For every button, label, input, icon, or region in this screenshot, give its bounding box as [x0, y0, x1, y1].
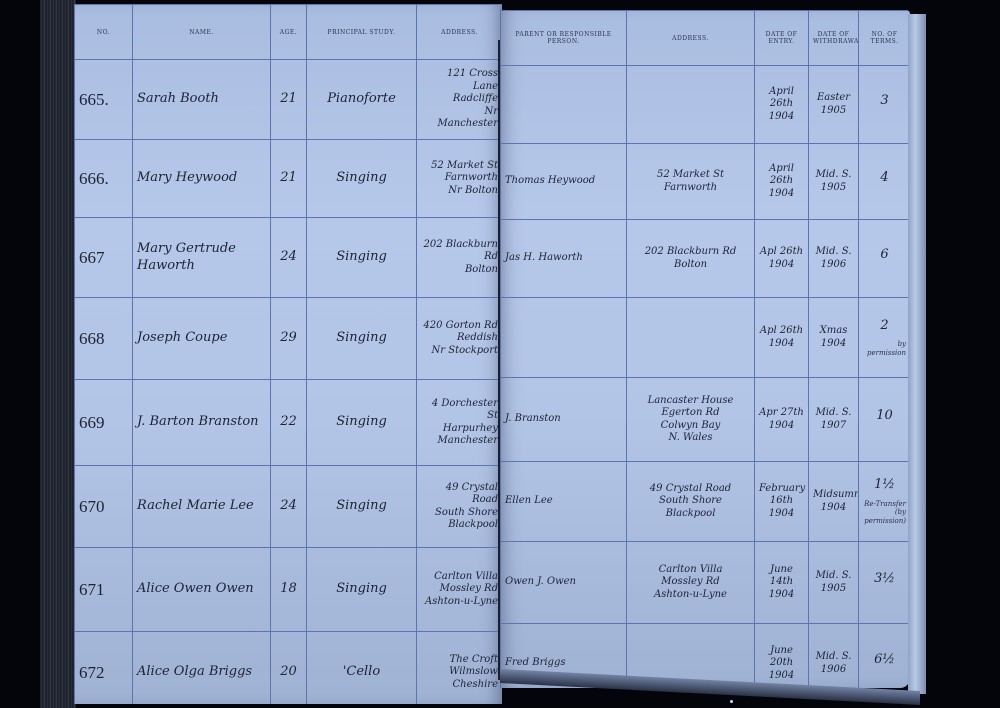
- header-address: Address.: [417, 5, 503, 60]
- date-of-entry: Apl 26th 1904: [755, 298, 809, 378]
- terms-value: 3½: [874, 571, 895, 586]
- number-of-terms: 6½: [859, 624, 911, 689]
- parent-name: Thomas Heywood: [501, 144, 627, 220]
- terms-value: 6: [880, 247, 888, 262]
- register-row: Ellen Lee49 Crystal Road South Shore Bla…: [501, 462, 911, 542]
- student-age: 21: [271, 60, 307, 140]
- entry-number: 672: [75, 632, 133, 705]
- date-of-entry: June 20th 1904: [755, 624, 809, 689]
- open-register-book: No. Name. Age. Principal Study. Address.…: [0, 0, 1000, 708]
- entry-number: 668: [75, 298, 133, 380]
- terms-note: by permission: [863, 340, 906, 358]
- register-row: Owen J. OwenCarlton Villa Mossley Rd Ash…: [501, 542, 911, 624]
- date-of-withdrawal: Mid. S. 1905: [809, 144, 859, 220]
- student-name: J. Barton Branston: [133, 380, 271, 466]
- parent-address: 52 Market St Farnworth: [627, 144, 755, 220]
- entry-number: 667: [75, 218, 133, 298]
- header-parent-address: Address.: [627, 11, 755, 66]
- date-of-entry: April 26th 1904: [755, 144, 809, 220]
- entry-number: 671: [75, 548, 133, 632]
- terms-value: 4: [880, 170, 888, 185]
- parent-name: J. Branston: [501, 378, 627, 462]
- parent-name: Ellen Lee: [501, 462, 627, 542]
- number-of-terms: 3: [859, 66, 911, 144]
- student-name: Sarah Booth: [133, 60, 271, 140]
- student-name: Alice Owen Owen: [133, 548, 271, 632]
- student-age: 29: [271, 298, 307, 380]
- left-register-table: No. Name. Age. Principal Study. Address.…: [74, 4, 502, 704]
- header-date-of-withdrawal: Date of Withdrawal.: [809, 11, 859, 66]
- terms-value: 10: [876, 408, 893, 423]
- parent-name: Jas H. Haworth: [501, 220, 627, 298]
- principal-study: Singing: [307, 548, 417, 632]
- terms-value: 1½: [874, 477, 895, 492]
- date-of-entry: June 14th 1904: [755, 542, 809, 624]
- student-name: Mary Gertrude Haworth: [133, 218, 271, 298]
- header-principal-study: Principal Study.: [307, 5, 417, 60]
- terms-note: Re-Transfer (by permission): [863, 500, 906, 526]
- parent-address: 202 Blackburn Rd Bolton: [627, 220, 755, 298]
- register-row: Thomas Heywood52 Market St FarnworthApri…: [501, 144, 911, 220]
- terms-value: 6½: [874, 652, 895, 667]
- student-address: 420 Gorton Rd Reddish Nr Stockport: [417, 298, 503, 380]
- page-stack-edge: [40, 0, 76, 708]
- register-row: April 26th 1904Easter 19053: [501, 66, 911, 144]
- entry-number: 666.: [75, 140, 133, 218]
- right-page-edge: [908, 14, 926, 694]
- right-register-table: Parent or Responsible Person. Address. D…: [500, 10, 910, 688]
- student-age: 21: [271, 140, 307, 218]
- header-no-of-terms: No. of Terms.: [859, 11, 911, 66]
- register-row: 671Alice Owen Owen18SingingCarlton Villa…: [75, 548, 503, 632]
- parent-address: [627, 298, 755, 378]
- student-address: 49 Crystal Road South Shore Blackpool: [417, 466, 503, 548]
- student-age: 20: [271, 632, 307, 705]
- date-of-entry: April 26th 1904: [755, 66, 809, 144]
- terms-value: 2: [880, 318, 888, 333]
- parent-address: 49 Crystal Road South Shore Blackpool: [627, 462, 755, 542]
- right-page: Parent or Responsible Person. Address. D…: [500, 10, 910, 688]
- register-row: 670Rachel Marie Lee24Singing49 Crystal R…: [75, 466, 503, 548]
- entry-number: 670: [75, 466, 133, 548]
- register-row: Jas H. Haworth202 Blackburn Rd BoltonApl…: [501, 220, 911, 298]
- light-reflection: [730, 700, 733, 703]
- register-row: 668Joseph Coupe29Singing420 Gorton Rd Re…: [75, 298, 503, 380]
- left-page: No. Name. Age. Principal Study. Address.…: [74, 4, 502, 704]
- date-of-withdrawal: Mid. S. 1905: [809, 542, 859, 624]
- number-of-terms: 1½Re-Transfer (by permission): [859, 462, 911, 542]
- date-of-withdrawal: Mid. S. 1906: [809, 220, 859, 298]
- register-row: 666.Mary Heywood21Singing52 Market St Fa…: [75, 140, 503, 218]
- principal-study: Singing: [307, 380, 417, 466]
- header-no: No.: [75, 5, 133, 60]
- parent-address: Carlton Villa Mossley Rd Ashton-u-Lyne: [627, 542, 755, 624]
- student-name: Joseph Coupe: [133, 298, 271, 380]
- entry-number: 669: [75, 380, 133, 466]
- register-row: J. BranstonLancaster House Egerton Rd Co…: [501, 378, 911, 462]
- student-address: 52 Market St Farnworth Nr Bolton: [417, 140, 503, 218]
- number-of-terms: 4: [859, 144, 911, 220]
- date-of-withdrawal: Easter 1905: [809, 66, 859, 144]
- terms-value: 3: [880, 93, 888, 108]
- date-of-entry: Apr 27th 1904: [755, 378, 809, 462]
- principal-study: Singing: [307, 140, 417, 218]
- register-row: 672Alice Olga Briggs20'CelloThe Croft Wi…: [75, 632, 503, 705]
- number-of-terms: 2by permission: [859, 298, 911, 378]
- date-of-entry: Apl 26th 1904: [755, 220, 809, 298]
- register-row: Apl 26th 1904Xmas 19042by permission: [501, 298, 911, 378]
- student-address: 4 Dorchester St Harpurhey Manchester: [417, 380, 503, 466]
- number-of-terms: 6: [859, 220, 911, 298]
- student-age: 22: [271, 380, 307, 466]
- date-of-withdrawal: Midsummer 1904: [809, 462, 859, 542]
- student-age: 18: [271, 548, 307, 632]
- parent-address: Lancaster House Egerton Rd Colwyn Bay N.…: [627, 378, 755, 462]
- principal-study: Pianoforte: [307, 60, 417, 140]
- student-address: 121 Cross Lane Radcliffe Nr Manchester: [417, 60, 503, 140]
- number-of-terms: 3½: [859, 542, 911, 624]
- parent-name: Owen J. Owen: [501, 542, 627, 624]
- register-row: 667Mary Gertrude Haworth24Singing202 Bla…: [75, 218, 503, 298]
- parent-name: [501, 298, 627, 378]
- date-of-entry: February 16th 1904: [755, 462, 809, 542]
- date-of-withdrawal: Xmas 1904: [809, 298, 859, 378]
- number-of-terms: 10: [859, 378, 911, 462]
- header-date-of-entry: Date of Entry.: [755, 11, 809, 66]
- left-header-row: No. Name. Age. Principal Study. Address.: [75, 5, 503, 60]
- principal-study: Singing: [307, 466, 417, 548]
- principal-study: 'Cello: [307, 632, 417, 705]
- student-age: 24: [271, 466, 307, 548]
- parent-name: [501, 66, 627, 144]
- register-row: 669J. Barton Branston22Singing4 Dorchest…: [75, 380, 503, 466]
- student-address: The Croft Wilmslow Cheshire: [417, 632, 503, 705]
- principal-study: Singing: [307, 218, 417, 298]
- date-of-withdrawal: Mid. S. 1906: [809, 624, 859, 689]
- principal-study: Singing: [307, 298, 417, 380]
- register-row: 665.Sarah Booth21Pianoforte121 Cross Lan…: [75, 60, 503, 140]
- header-parent: Parent or Responsible Person.: [501, 11, 627, 66]
- student-address: Carlton Villa Mossley Rd Ashton-u-Lyne: [417, 548, 503, 632]
- right-header-row: Parent or Responsible Person. Address. D…: [501, 11, 911, 66]
- parent-address: [627, 66, 755, 144]
- student-name: Alice Olga Briggs: [133, 632, 271, 705]
- student-name: Rachel Marie Lee: [133, 466, 271, 548]
- student-age: 24: [271, 218, 307, 298]
- date-of-withdrawal: Mid. S. 1907: [809, 378, 859, 462]
- entry-number: 665.: [75, 60, 133, 140]
- student-address: 202 Blackburn Rd Bolton: [417, 218, 503, 298]
- student-name: Mary Heywood: [133, 140, 271, 218]
- header-name: Name.: [133, 5, 271, 60]
- header-age: Age.: [271, 5, 307, 60]
